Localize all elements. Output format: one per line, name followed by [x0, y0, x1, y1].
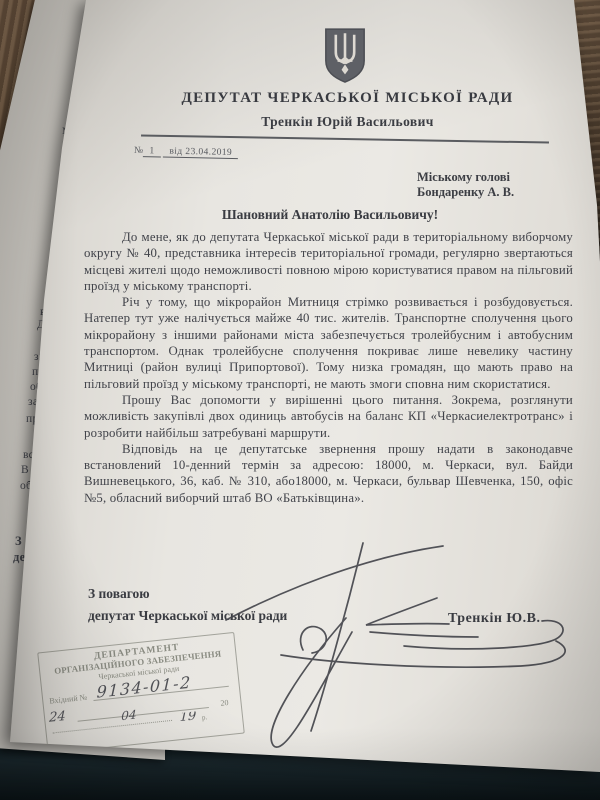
stamp-year-suffix: р. [202, 713, 208, 722]
letter-page: ДЕПУТАТ ЧЕРКАСЬКОЇ МІСЬКОЇ РАДИ Тренкін … [0, 0, 600, 800]
letter-sheet-wrap: ДЕПУТАТ ЧЕРКАСЬКОЇ МІСЬКОЇ РАДИ Тренкін … [0, 0, 600, 800]
closing-block: З повагою депутат Черкаської міської рад… [88, 583, 287, 627]
document-photo: № ви за мі пе в Д зі пр об за пр вс В об… [0, 0, 600, 800]
addressee-name: Бондаренку А. В. [417, 185, 514, 200]
addressee-block: Міському голові Бондаренку А. В. [417, 170, 514, 199]
addressee-title: Міському голові [417, 170, 514, 185]
reference-number: 1 [143, 146, 160, 157]
salutation: Шановний Анатолію Васильовичу! [85, 207, 575, 223]
ukraine-trident-icon [322, 26, 368, 86]
letterhead-divider [141, 134, 549, 143]
letterhead-person-name: Тренкін Юрій Васильович [95, 114, 600, 130]
stamp-incoming-label: Вхідний № [49, 693, 88, 706]
stamp-day-handwritten: 24 [49, 709, 66, 726]
reference-line: №1 від 23.04.2019 [134, 146, 238, 158]
closing-regards: З повагою [88, 583, 287, 605]
letterhead-org-title: ДЕПУТАТ ЧЕРКАСЬКОЇ МІСЬКОЇ РАДИ [95, 90, 600, 107]
stamp-year-prefix: 20 [220, 698, 229, 708]
incoming-stamp: ДЕПАРТАМЕНТ ОРГАНІЗАЦІЙНОГО ЗАБЕЗПЕЧЕННЯ… [37, 632, 245, 754]
paragraph: Прошу Вас допомогти у вирішенні цього пи… [84, 392, 573, 441]
paragraph: Відповідь на це депутатське звернення пр… [84, 441, 573, 506]
letter-content: ДЕПУТАТ ЧЕРКАСЬКОЇ МІСЬКОЇ РАДИ Тренкін … [0, 0, 600, 800]
reference-date: від 23.04.2019 [163, 147, 238, 160]
paragraph: Річ у тому, що мікрорайон Митниця стрімк… [84, 294, 573, 392]
letter-body: До мене, як до депутата Черкаської міськ… [84, 229, 573, 506]
signer-name: Тренкін Ю.В. [448, 611, 541, 627]
paragraph: До мене, як до депутата Черкаської міськ… [84, 229, 573, 294]
closing-position: депутат Черкаської міської ради [88, 605, 287, 627]
